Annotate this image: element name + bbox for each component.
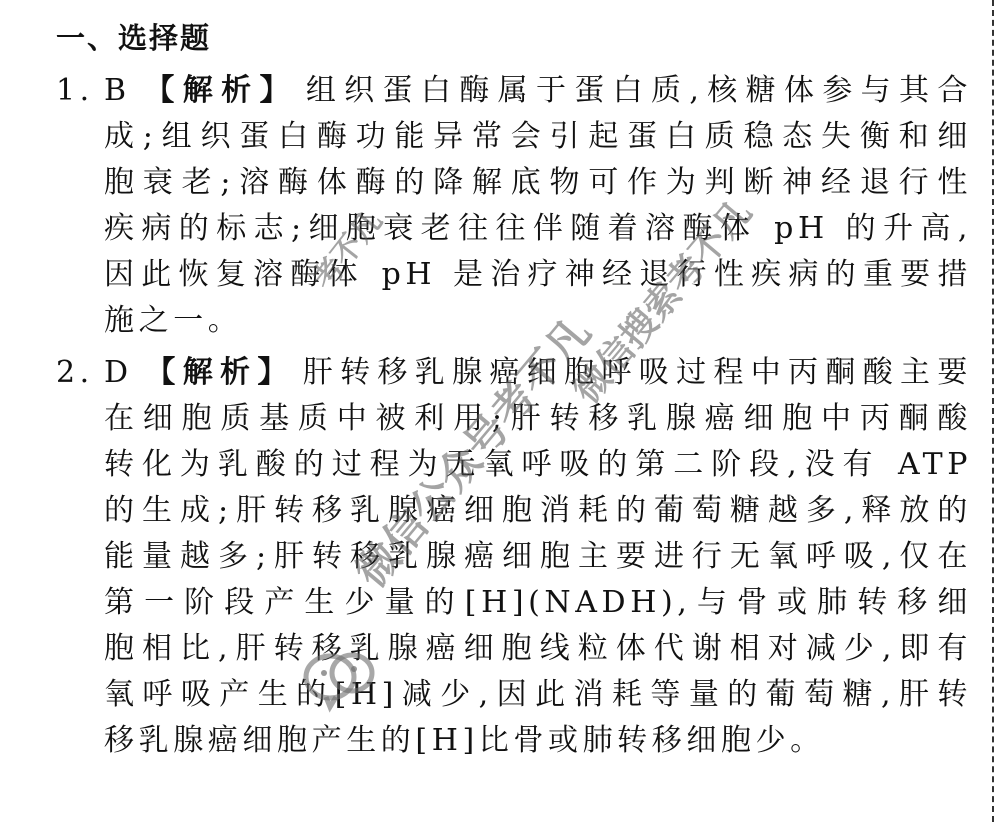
item-line: 成;组织蛋白酶功能异常会引起蛋白质稳态失衡和细 — [56, 114, 972, 160]
answer-item-1: 1. B【解析】组织蛋白酶属于蛋白质,核糖体参与其合 成;组织蛋白酶功能异常会引… — [56, 68, 972, 344]
item-line: 能量越多;肝转移乳腺癌细胞主要进行无氧呼吸,仅在 — [56, 534, 972, 580]
analysis-tag: 【解析】 — [143, 355, 295, 390]
analysis-tag: 【解析】 — [141, 73, 298, 108]
line-text: 肝转移乳腺癌细胞呼吸过程中丙酮酸主要 — [303, 355, 972, 390]
item-line: 的生成;肝转移乳腺癌细胞消耗的葡萄糖越多,释放的 — [56, 488, 972, 534]
item-line: 转化为乳酸的过程为无氧呼吸的第二阶段,没有 ATP — [56, 442, 972, 488]
item-line: B【解析】组织蛋白酶属于蛋白质,核糖体参与其合 — [104, 68, 972, 114]
answer-letter: D — [104, 355, 133, 390]
section-title: 一、选择题 — [56, 18, 211, 58]
item-line: D【解析】肝转移乳腺癌细胞呼吸过程中丙酮酸主要 — [104, 350, 972, 396]
item-line: 第一阶段产生少量的[H](NADH),与骨或肺转移细 — [56, 580, 972, 626]
item-line: 施之一。 — [56, 298, 972, 344]
item-line: 移乳腺癌细胞产生的[H]比骨或肺转移细胞少。 — [56, 718, 972, 764]
dashed-divider — [992, 0, 994, 822]
question-number: 2. — [56, 350, 104, 396]
answer-item-2: 2. D【解析】肝转移乳腺癌细胞呼吸过程中丙酮酸主要 在细胞质基质中被利用;肝转… — [56, 350, 972, 764]
answer-letter: B — [104, 73, 131, 108]
line-text: 组织蛋白酶属于蛋白质,核糖体参与其合 — [306, 73, 972, 108]
question-number: 1. — [56, 68, 104, 114]
item-line: 胞相比,肝转移乳腺癌细胞线粒体代谢相对减少,即有 — [56, 626, 972, 672]
item-line: 在细胞质基质中被利用;肝转移乳腺癌细胞中丙酮酸 — [56, 396, 972, 442]
item-line: 胞衰老;溶酶体酶的降解底物可作为判断神经退行性 — [56, 160, 972, 206]
item-line: 疾病的标志;细胞衰老往往伴随着溶酶体 pH 的升高, — [56, 206, 972, 252]
item-line: 氧呼吸产生的[H]减少,因此消耗等量的葡萄糖,肝转 — [56, 672, 972, 718]
answer-page: 一、选择题 1. B【解析】组织蛋白酶属于蛋白质,核糖体参与其合 成;组织蛋白酶… — [0, 0, 995, 822]
item-line: 因此恢复溶酶体 pH 是治疗神经退行性疾病的重要措 — [56, 252, 972, 298]
